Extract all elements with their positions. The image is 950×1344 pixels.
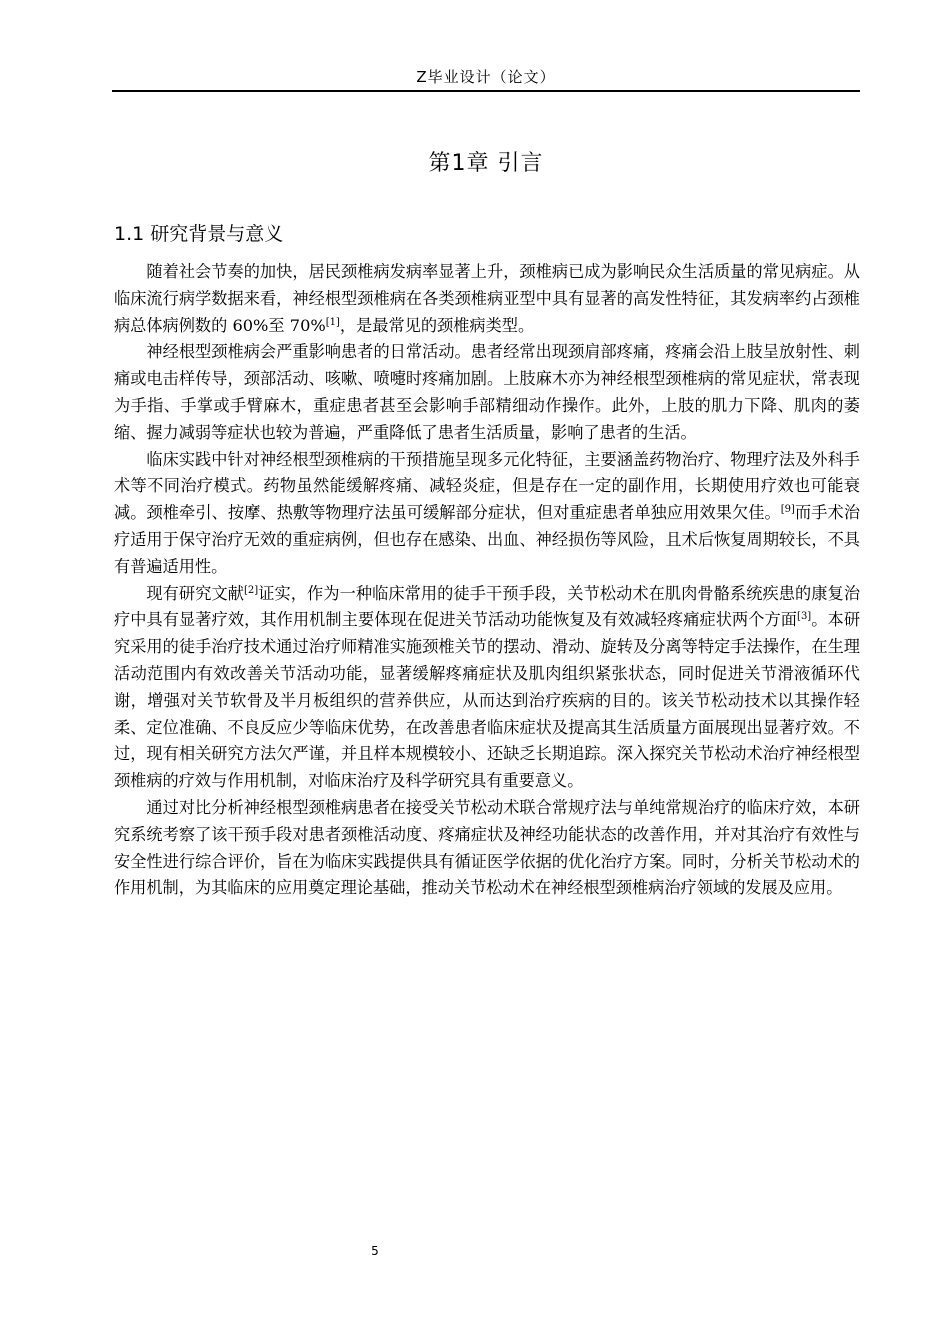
- document-page: Z毕业设计（论文） 第1章 引言 1.1 研究背景与意义 随着社会节奏的加快，居…: [0, 0, 950, 1344]
- text-run: 神经根型颈椎病会严重影响患者的日常活动。患者经常出现颈肩部疼痛，疼痛会沿上肢呈放…: [114, 342, 860, 441]
- citation-3: [3]: [797, 611, 811, 622]
- text-run: 通过对比分析神经根型颈椎病患者在接受关节松动术联合常规疗法与单纯常规治疗的临床疗…: [114, 798, 860, 897]
- section-title: 1.1 研究背景与意义: [114, 219, 283, 246]
- paragraph-3: 临床实践中针对神经根型颈椎病的干预措施呈现多元化特征，主要涵盖药物治疗、物理疗法…: [114, 447, 860, 581]
- citation-9: [9]: [781, 504, 795, 515]
- paragraph-5: 通过对比分析神经根型颈椎病患者在接受关节松动术联合常规疗法与单纯常规治疗的临床疗…: [114, 795, 860, 902]
- page-number: 5: [330, 1244, 420, 1258]
- running-header: Z毕业设计（论文）: [112, 66, 860, 87]
- paragraph-2: 神经根型颈椎病会严重影响患者的日常活动。患者经常出现颈肩部疼痛，疼痛会沿上肢呈放…: [114, 339, 860, 446]
- text-run: 。本研究采用的徒手治疗技术通过治疗师精准实施颈椎关节的摆动、滑动、旋转及分离等特…: [114, 610, 860, 790]
- body-text: 随着社会节奏的加快，居民颈椎病发病率显著上升，颈椎病已成为影响民众生活质量的常见…: [114, 259, 860, 902]
- citation-2: [2]: [244, 585, 258, 596]
- paragraph-4: 现有研究文献[2]证实，作为一种临床常用的徒手干预手段，关节松动术在肌肉骨骼系统…: [114, 581, 860, 795]
- paragraph-1: 随着社会节奏的加快，居民颈椎病发病率显著上升，颈椎病已成为影响民众生活质量的常见…: [114, 259, 860, 339]
- chapter-title: 第1章 引言: [112, 146, 860, 177]
- text-run: 现有研究文献: [146, 584, 244, 603]
- citation-1: [1]: [326, 317, 340, 328]
- text-run: 临床实践中针对神经根型颈椎病的干预措施呈现多元化特征，主要涵盖药物治疗、物理疗法…: [114, 450, 860, 523]
- header-rule: [112, 90, 860, 92]
- text-run: ，是最常见的颈椎病类型。: [340, 316, 534, 335]
